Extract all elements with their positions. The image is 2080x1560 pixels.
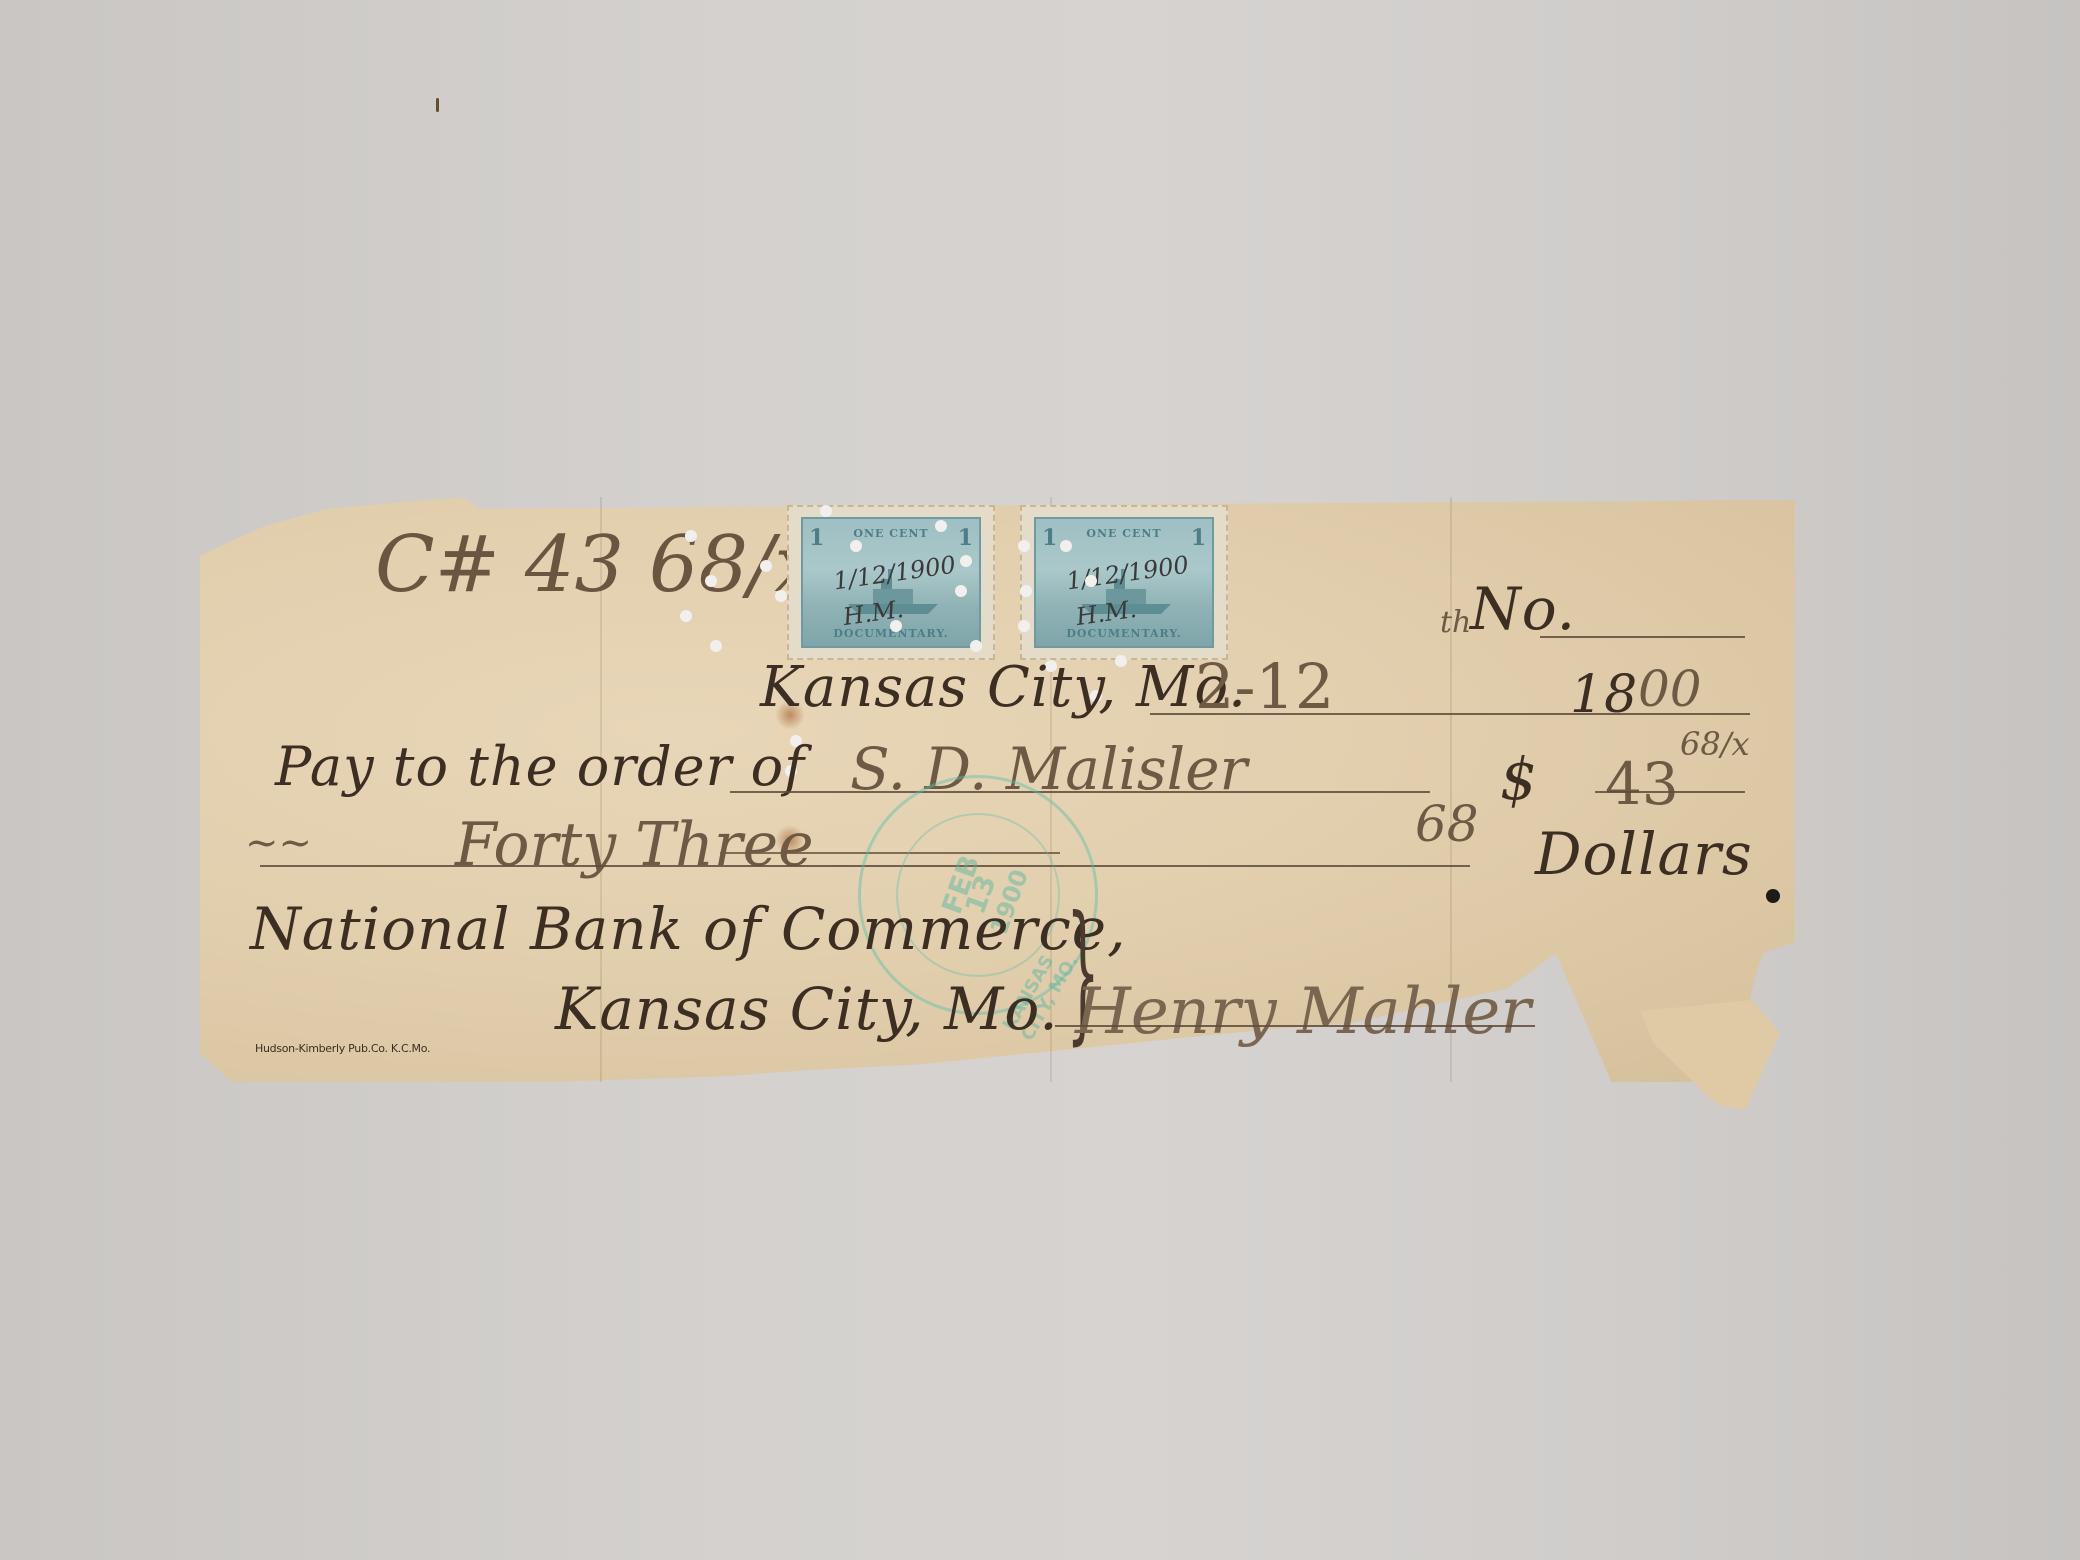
perforation-hole (850, 540, 862, 552)
amount-cents: 68/x (1680, 725, 1750, 763)
signature: Henry Mahler (1075, 975, 1531, 1049)
revenue-stamp: 1 1 ONE CENT 1/12/1900 H.M. DOCUMENTARY. (1020, 505, 1228, 660)
printer-imprint: Hudson-Kimberly Pub.Co. K.C.Mo. (255, 1042, 430, 1055)
perforation-hole (1018, 540, 1030, 552)
perforation-hole (820, 505, 832, 517)
perforation-hole (960, 555, 972, 567)
bank-city: Kansas City, Mo. (555, 975, 1059, 1043)
perforation-hole (955, 585, 967, 597)
dollars-label: Dollars (1535, 820, 1753, 888)
dollar-sign: $ (1500, 745, 1538, 813)
perforation-hole (705, 575, 717, 587)
perforation-hole (685, 530, 697, 542)
perforation-hole (1020, 585, 1032, 597)
date-suffix: th (1440, 605, 1471, 640)
perforation-hole (970, 640, 982, 652)
amount-in-words: Forty Three (455, 810, 814, 880)
year-handwritten: 00 (1638, 660, 1702, 718)
perforation-hole (680, 610, 692, 622)
amount-words-cents: 68 (1415, 795, 1479, 853)
stamp-top-text: ONE CENT (1036, 527, 1212, 540)
perforation-hole (1085, 575, 1097, 587)
background-speck (436, 98, 439, 112)
top-left-note: C# 43 68/x (375, 520, 818, 610)
stamp-bottom-text: DOCUMENTARY. (1036, 627, 1212, 640)
perforation-hole (710, 640, 722, 652)
punch-hole (1766, 889, 1780, 903)
perforation-hole (1060, 540, 1072, 552)
perforation-hole (890, 620, 902, 632)
place-label: Kansas City, Mo. (760, 655, 1247, 720)
stamp-top-text: ONE CENT (803, 527, 979, 540)
perforation-hole (775, 590, 787, 602)
payee-line (730, 791, 1430, 793)
signature-line (1055, 1025, 1535, 1027)
pay-to-label: Pay to the order of (275, 735, 805, 798)
perforation-hole (1018, 620, 1030, 632)
perforation-hole (935, 520, 947, 532)
revenue-stamp: 1 1 ONE CENT 1/12/1900 H.M. DOCUMENTARY. (787, 505, 995, 660)
perforation-hole (760, 560, 772, 572)
bank-name: National Bank of Commerce, (250, 895, 1127, 963)
amount-line (1595, 791, 1745, 793)
number-line (1540, 636, 1745, 638)
year-printed: 18 (1570, 665, 1638, 725)
words-flourish-left: ~~ (245, 820, 312, 866)
number-label: No. (1470, 575, 1576, 643)
amount-dollars: 43 (1605, 750, 1679, 818)
